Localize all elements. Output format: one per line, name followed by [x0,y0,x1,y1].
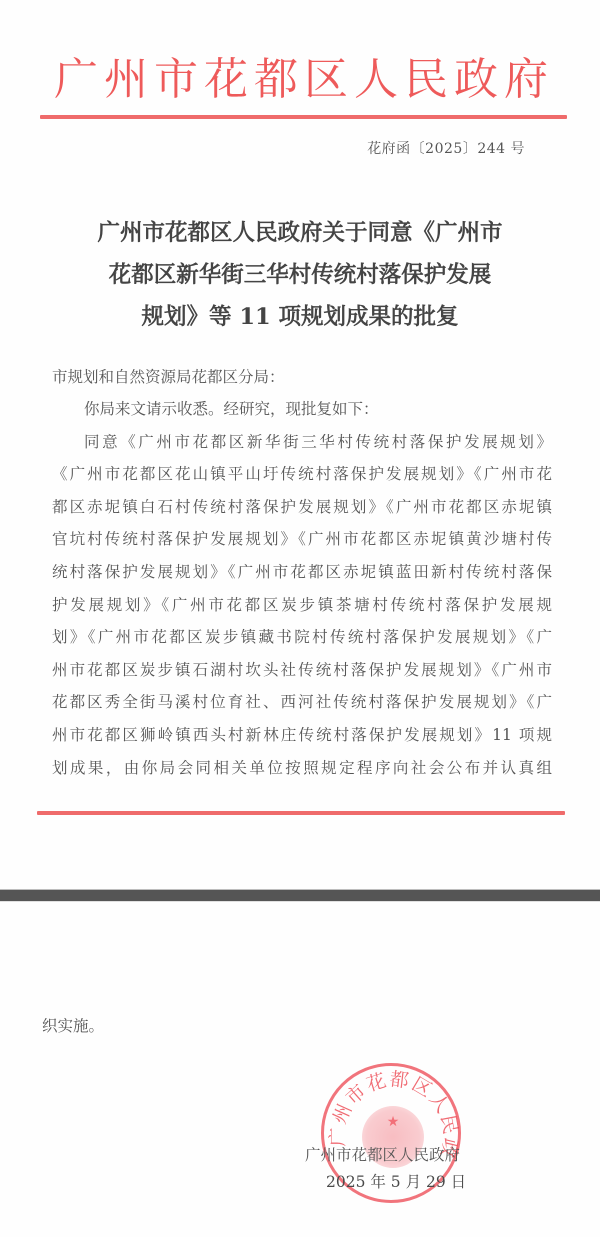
body-line: 州市花都区狮岭镇西头村新林庄传统村落保护发展规划》11 项规 [52,719,552,752]
body-paragraphs: 你局来文请示收悉。经研究，现批复如下： 同意《广州市花都区新华街三华村传统村落保… [52,393,552,784]
body-line: 统村落保护发展规划》《广州市花都区赤坭镇蓝田新村传统村落保 [52,556,552,589]
title-line: 规划》等 11 项规划成果的批复 [0,296,600,338]
intro-paragraph: 你局来文请示收悉。经研究，现批复如下： [52,393,552,426]
document-page-2 [0,902,600,1237]
body-line: 划成果，由你局会同相关单位按照规定程序向社会公布并认真组 [52,752,552,785]
body-line: 《广州市花都区花山镇平山圩传统村落保护发展规划》《广州市花 [52,458,552,491]
closing-text: 织实施。 [42,1014,104,1036]
document-page-1: 广州市花都区人民政府 花府函〔2025〕244 号 广州市花都区人民政府关于同意… [0,0,600,889]
body-line: 同意《广州市花都区新华街三华村传统村落保护发展规划》 [52,426,552,459]
body-line: 护发展规划》《广州市花都区炭步镇茶塘村传统村落保护发展规 [52,589,552,622]
addressee: 市规划和自然资源局花都区分局： [52,361,552,394]
footer-red-rule [37,811,565,815]
body-line: 划》《广州市花都区炭步镇藏书院村传统村落保护发展规划》《广 [52,621,552,654]
letterhead-org-name: 广州市花都区人民政府 [0,52,600,108]
letterhead-red-rule [40,115,567,119]
title-line: 花都区新华街三华村传统村落保护发展 [0,254,600,296]
title-line: 广州市花都区人民政府关于同意《广州市 [0,212,600,254]
signature-org: 广州市花都区人民政府 [305,1143,460,1165]
document-title: 广州市花都区人民政府关于同意《广州市 花都区新华街三华村传统村落保护发展 规划》… [0,212,600,338]
signature-date: 2025 年 5 月 29 日 [326,1170,466,1192]
body-line: 都区赤坭镇白石村传统村落保护发展规划》《广州市花都区赤坭镇 [52,491,552,524]
document-number: 花府函〔2025〕244 号 [367,138,525,158]
page-separator [0,889,600,902]
body-line: 官坑村传统村落保护发展规划》《广州市花都区赤坭镇黄沙塘村传 [52,523,552,556]
body-line: 州市花都区炭步镇石湖村坎头社传统村落保护发展规划》《广州市 [52,654,552,687]
body-line: 花都区秀全街马溪村位育社、西河社传统村落保护发展规划》《广 [52,686,552,719]
